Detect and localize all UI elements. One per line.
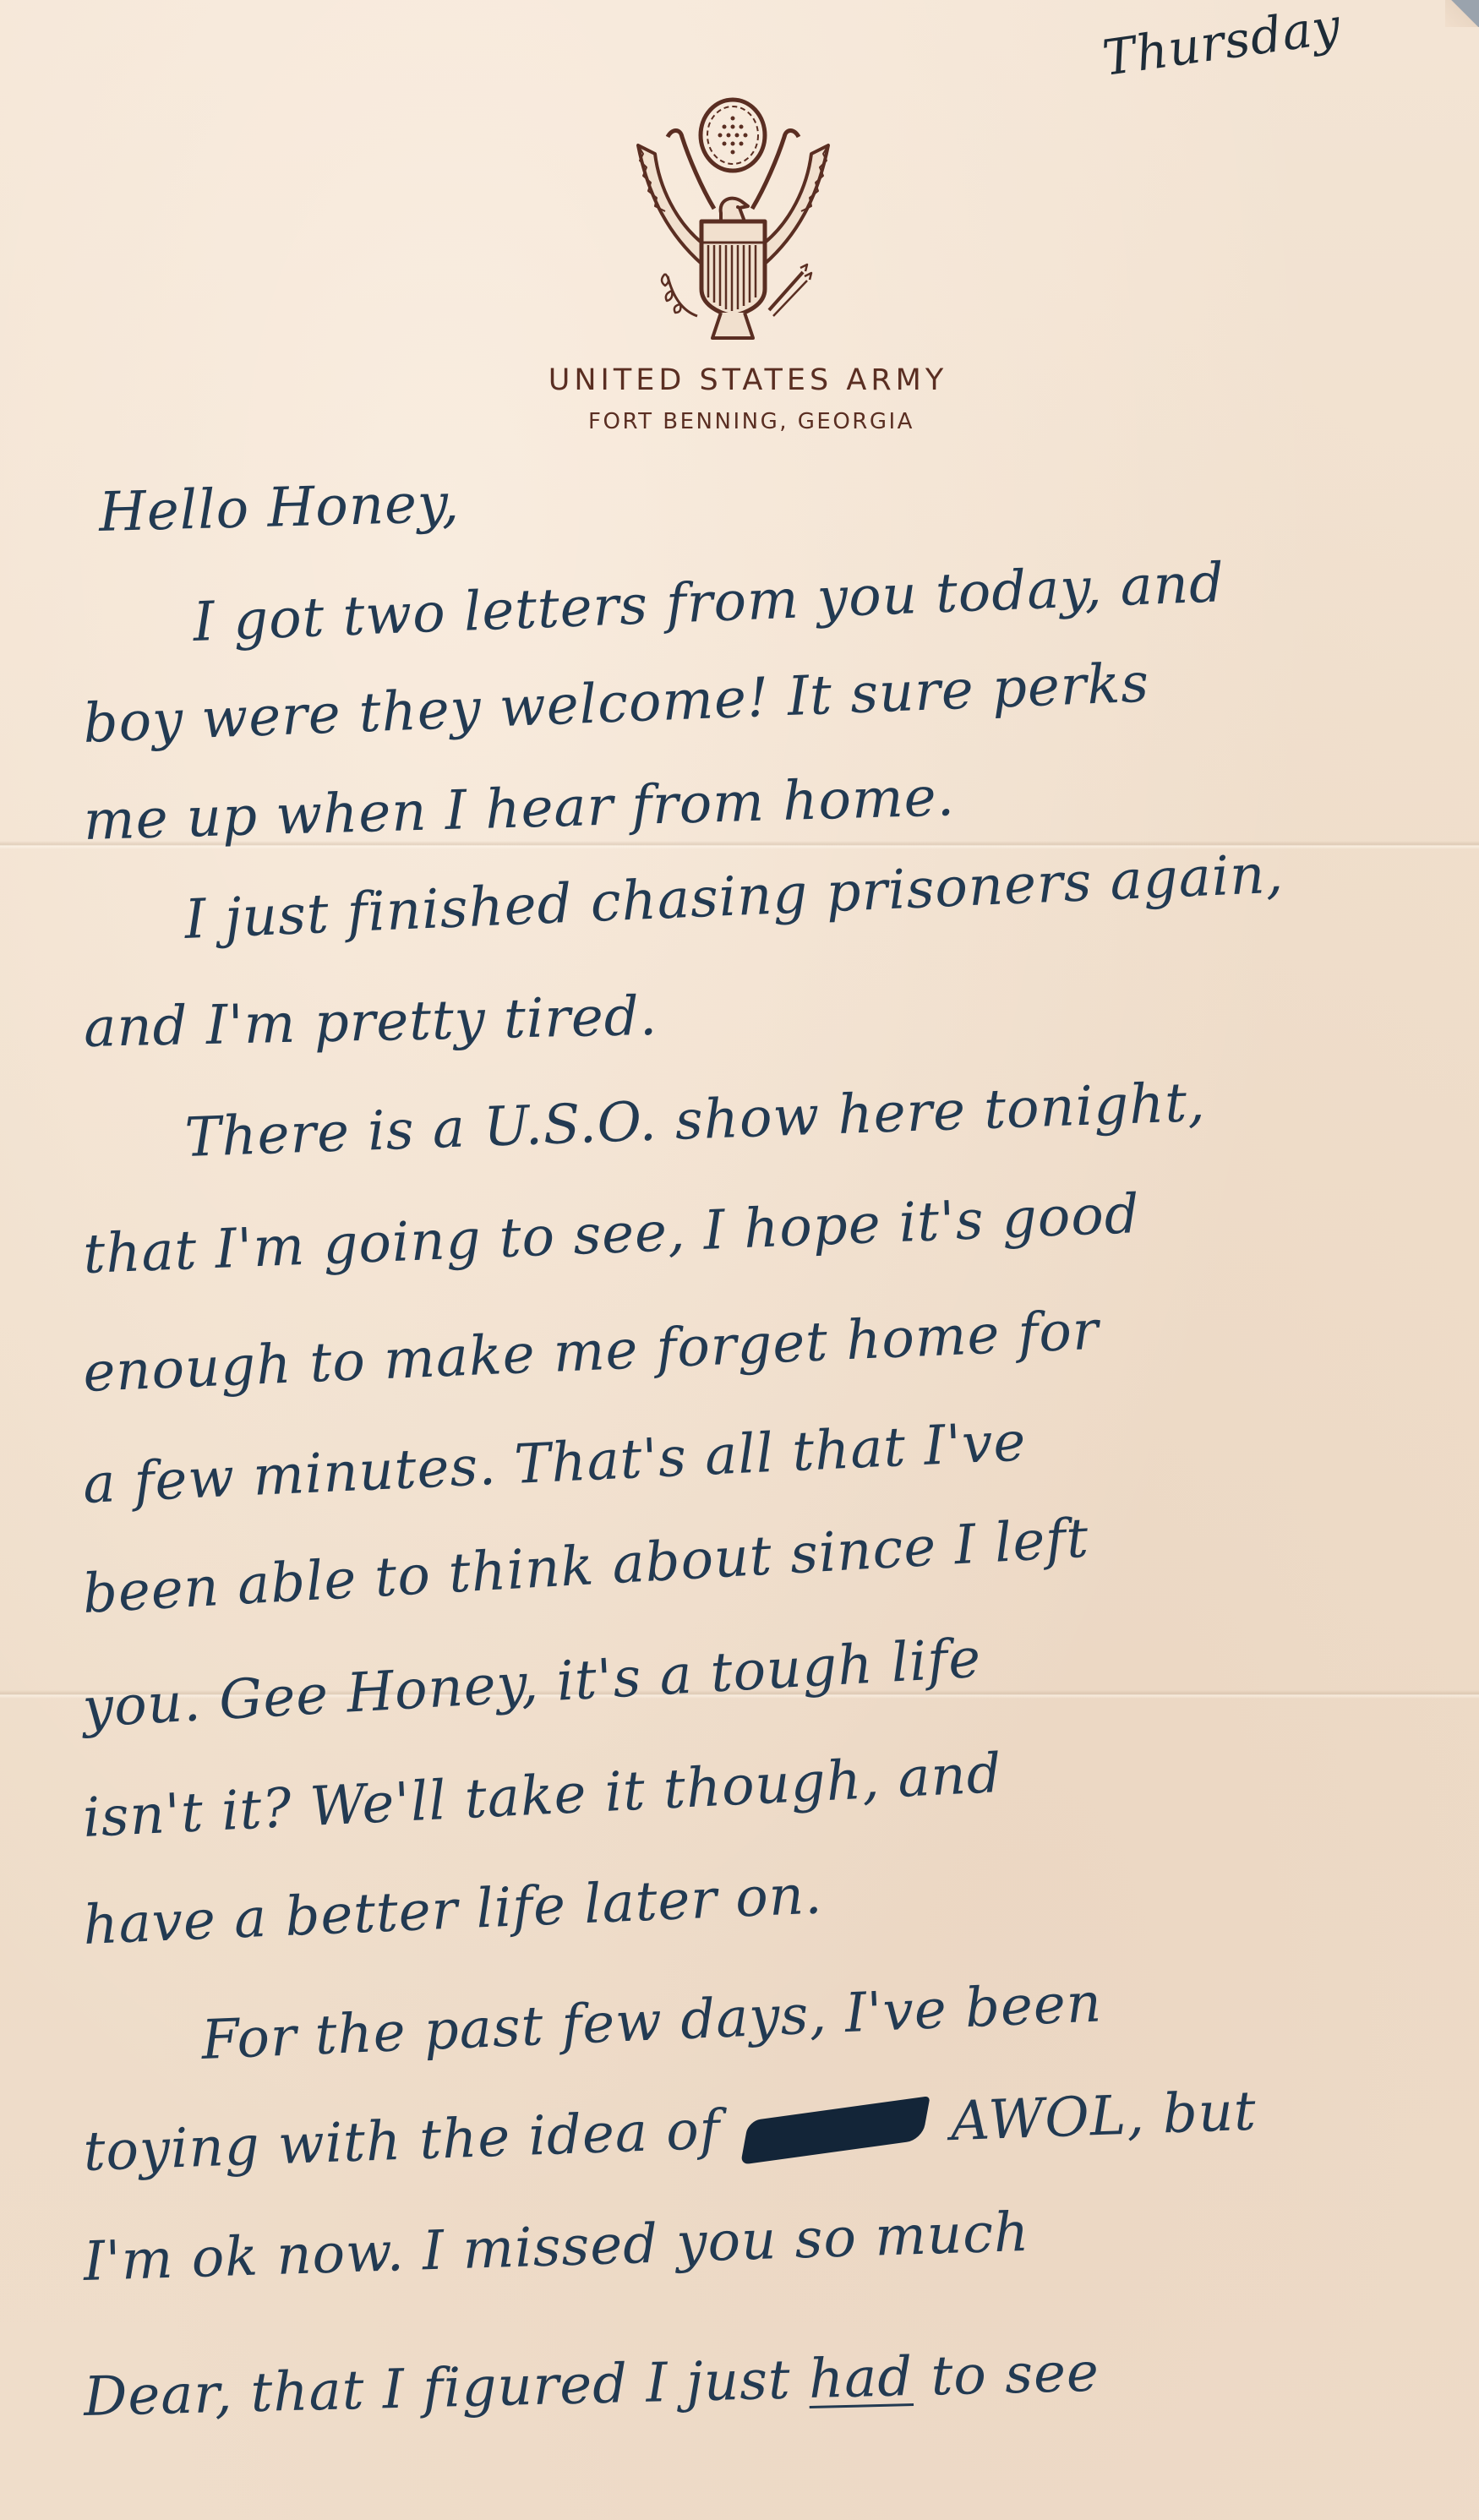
- scan-corner: [1445, 0, 1479, 27]
- ink-scribble-redaction: [740, 2096, 931, 2165]
- salutation: Hello Honey,: [98, 472, 461, 544]
- underlined-word: had: [808, 2346, 914, 2411]
- final-line-after: to see: [931, 2342, 1100, 2408]
- eagle-crest-icon: [621, 95, 845, 340]
- letterhead-organization: UNITED STATES ARMY: [0, 363, 1479, 397]
- redacted-line-after: AWOL, but: [950, 2081, 1258, 2154]
- letter-line: and I'm pretty tired.: [83, 985, 658, 1060]
- letterhead-location: FORT BENNING, GEORGIA: [0, 409, 1479, 434]
